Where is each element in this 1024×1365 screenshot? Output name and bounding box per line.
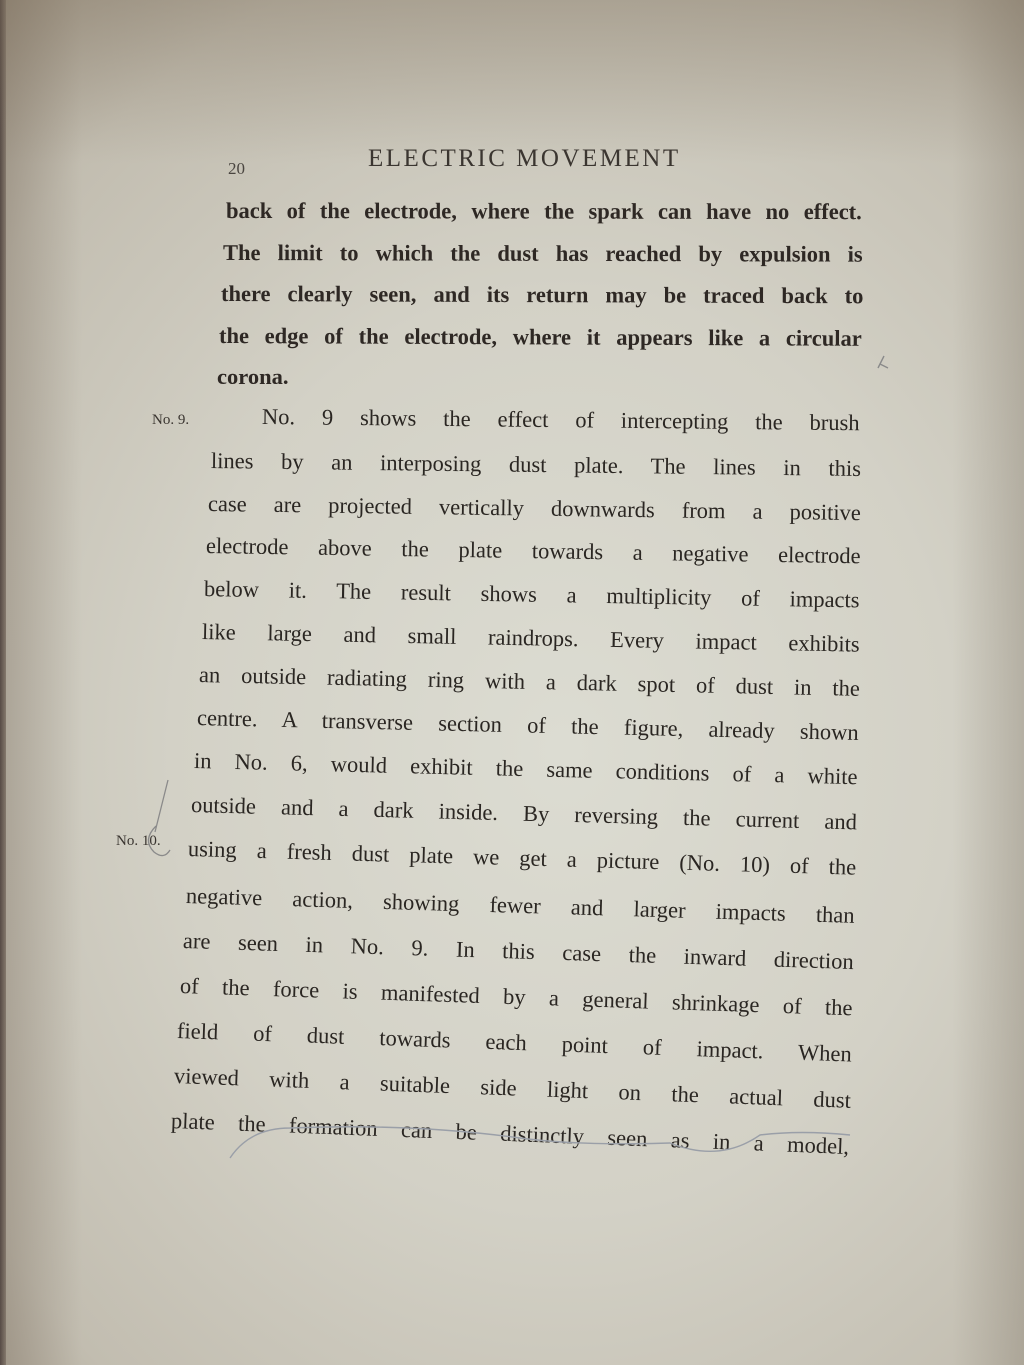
- pencil-stroke: [155, 780, 168, 832]
- text-line: electrode above the plate towards a nega…: [206, 533, 861, 569]
- text-line: lines by an interposing dust plate. The …: [211, 448, 861, 482]
- text-line: using a fresh dust plate we get a pictur…: [188, 836, 857, 881]
- text-line: plate the formation can be distinctly se…: [171, 1108, 850, 1160]
- text-line: corona.: [217, 364, 288, 390]
- text-line: No. 9 shows the effect of intercepting t…: [262, 404, 860, 436]
- text-line: of the force is manifested by a general …: [180, 973, 853, 1021]
- text-line: back of the electrode, where the spark c…: [226, 198, 862, 225]
- margin-note-no-10: No. 10.: [116, 833, 161, 850]
- text-line: outside and a dark inside. By reversing …: [191, 792, 858, 835]
- margin-note-no-9: No. 9.: [152, 412, 189, 429]
- text-line: viewed with a suitable side light on the…: [174, 1063, 852, 1114]
- text-line: case are projected vertically downwards …: [208, 491, 861, 526]
- text-line: are seen in No. 9. In this case the inwa…: [183, 928, 855, 975]
- text-line: The limit to which the dust has reached …: [223, 240, 863, 268]
- book-spine-edge: [0, 0, 6, 1365]
- running-title: ELECTRIC MOVEMENT: [368, 145, 681, 173]
- text-line: field of dust towards each point of impa…: [177, 1018, 853, 1068]
- check-mark-icon: [878, 356, 888, 368]
- page-header: 20 ELECTRIC MOVEMENT: [228, 143, 868, 183]
- text-line: below it. The result shows a multiplicit…: [204, 576, 860, 613]
- text-line: the edge of the electrode, where it appe…: [219, 323, 862, 352]
- text-line: like large and small raindrops. Every im…: [202, 619, 860, 658]
- text-line: negative action, showing fewer and large…: [186, 883, 855, 929]
- text-line: an outside radiating ring with a dark sp…: [199, 662, 860, 702]
- text-line: in No. 6, would exhibit the same conditi…: [194, 748, 858, 790]
- page-number: 20: [228, 159, 245, 179]
- text-line: there clearly seen, and its return may b…: [221, 281, 864, 309]
- text-line: centre. A transverse section of the figu…: [197, 705, 859, 746]
